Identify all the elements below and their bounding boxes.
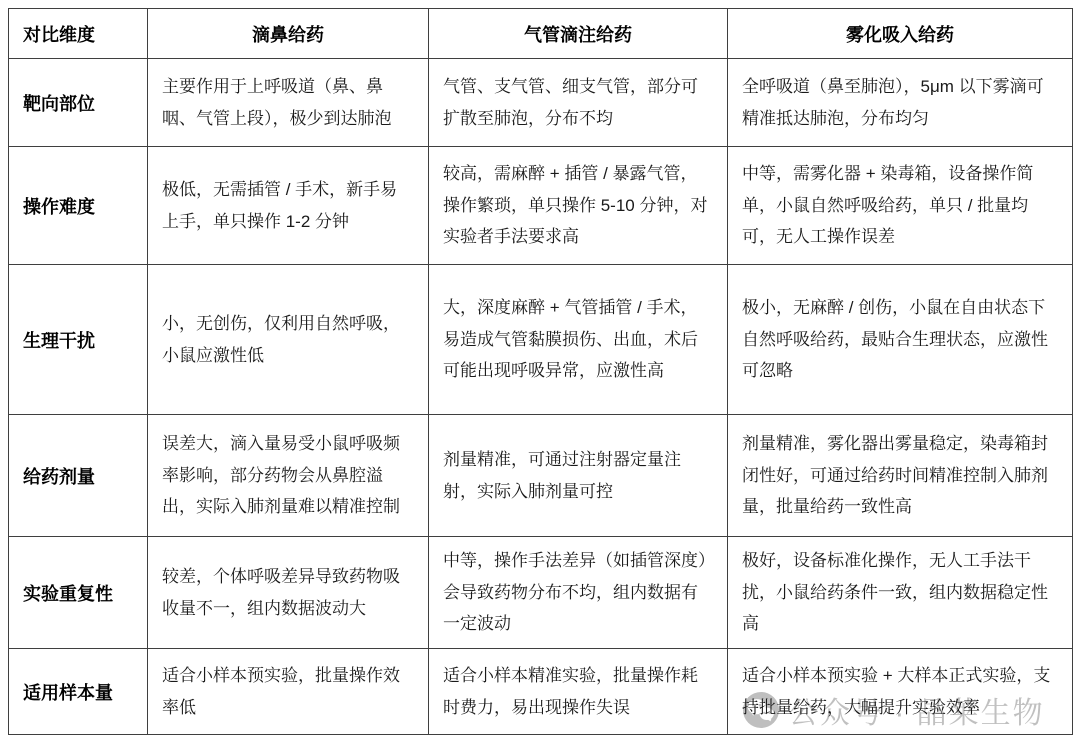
row-dimension-label: 操作难度 [9,147,148,265]
table-row: 给药剂量误差大，滴入量易受小鼠呼吸频率影响，部分药物会从鼻腔溢出，实际入肺剂量难… [9,415,1073,537]
table-cell: 中等，需雾化器 + 染毒箱，设备操作简单，小鼠自然呼吸给药，单只 / 批量均可，… [728,147,1073,265]
table-cell: 较差，个体呼吸差异导致药物吸收量不一，组内数据波动大 [148,537,429,649]
row-dimension-label: 适用样本量 [9,649,148,735]
comparison-table: 对比维度滴鼻给药气管滴注给药雾化吸入给药 靶向部位主要作用于上呼吸道（鼻、鼻咽、… [8,8,1073,735]
column-header: 雾化吸入给药 [728,9,1073,59]
table-cell: 主要作用于上呼吸道（鼻、鼻咽、气管上段），极少到达肺泡 [148,59,429,147]
column-header: 气管滴注给药 [429,9,728,59]
table-row: 实验重复性较差，个体呼吸差异导致药物吸收量不一，组内数据波动大中等，操作手法差异… [9,537,1073,649]
row-dimension-label: 实验重复性 [9,537,148,649]
table-row: 生理干扰小，无创伤，仅利用自然呼吸，小鼠应激性低大，深度麻醉 + 气管插管 / … [9,265,1073,415]
table-cell: 误差大，滴入量易受小鼠呼吸频率影响，部分药物会从鼻腔溢出，实际入肺剂量难以精准控… [148,415,429,537]
table-row: 适用样本量适合小样本预实验，批量操作效率低适合小样本精准实验，批量操作耗时费力，… [9,649,1073,735]
table-cell: 全呼吸道（鼻至肺泡），5μm 以下雾滴可精准抵达肺泡，分布均匀 [728,59,1073,147]
table-cell: 适合小样本预实验 + 大样本正式实验，支持批量给药，大幅提升实验效率 [728,649,1073,735]
table-cell: 大，深度麻醉 + 气管插管 / 手术，易造成气管黏膜损伤、出血，术后可能出现呼吸… [429,265,728,415]
table-cell: 极低，无需插管 / 手术，新手易上手，单只操作 1-2 分钟 [148,147,429,265]
table-cell: 极小，无麻醉 / 创伤，小鼠在自由状态下自然呼吸给药，最贴合生理状态，应激性可忽… [728,265,1073,415]
table-row: 操作难度极低，无需插管 / 手术，新手易上手，单只操作 1-2 分钟较高，需麻醉… [9,147,1073,265]
table-cell: 中等，操作手法差异（如插管深度）会导致药物分布不均，组内数据有一定波动 [429,537,728,649]
header-row: 对比维度滴鼻给药气管滴注给药雾化吸入给药 [9,9,1073,59]
table-cell: 适合小样本精准实验，批量操作耗时费力，易出现操作失误 [429,649,728,735]
table-body: 靶向部位主要作用于上呼吸道（鼻、鼻咽、气管上段），极少到达肺泡气管、支气管、细支… [9,59,1073,735]
column-header: 滴鼻给药 [148,9,429,59]
row-dimension-label: 给药剂量 [9,415,148,537]
row-dimension-label: 靶向部位 [9,59,148,147]
table-cell: 气管、支气管、细支气管，部分可扩散至肺泡，分布不均 [429,59,728,147]
table-cell: 剂量精准，可通过注射器定量注射，实际入肺剂量可控 [429,415,728,537]
table-cell: 小，无创伤，仅利用自然呼吸，小鼠应激性低 [148,265,429,415]
table-cell: 较高，需麻醉 + 插管 / 暴露气管，操作繁琐，单只操作 5-10 分钟，对实验… [429,147,728,265]
table-row: 靶向部位主要作用于上呼吸道（鼻、鼻咽、气管上段），极少到达肺泡气管、支气管、细支… [9,59,1073,147]
table-cell: 极好，设备标准化操作，无人工手法干扰，小鼠给药条件一致，组内数据稳定性高 [728,537,1073,649]
comparison-table-page: 公众号 · 晶莱生物 对比维度滴鼻给药气管滴注给药雾化吸入给药 靶向部位主要作用… [0,0,1080,750]
table-cell: 剂量精准，雾化器出雾量稳定，染毒箱封闭性好，可通过给药时间精准控制入肺剂量，批量… [728,415,1073,537]
row-dimension-label: 生理干扰 [9,265,148,415]
column-header: 对比维度 [9,9,148,59]
table-cell: 适合小样本预实验，批量操作效率低 [148,649,429,735]
